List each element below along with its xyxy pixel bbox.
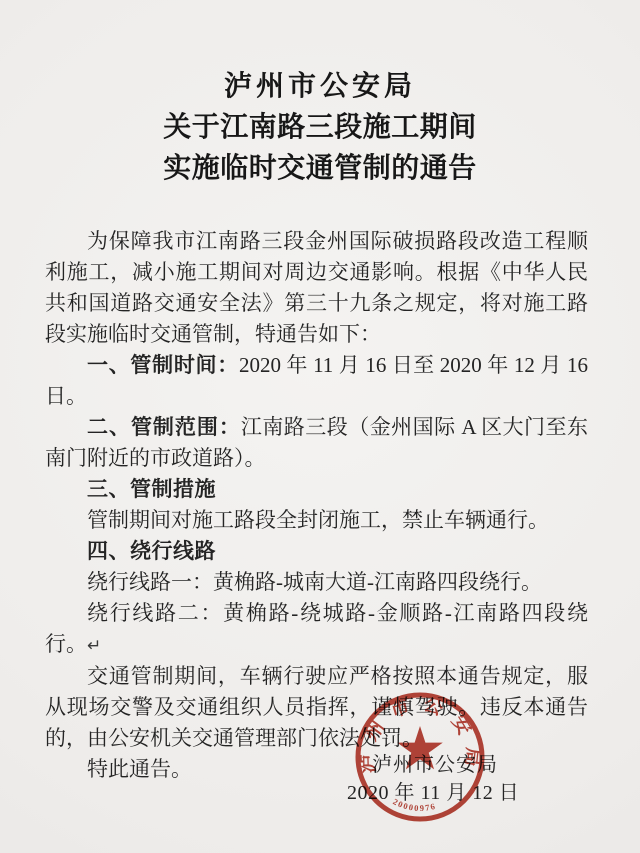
paragraph-control-time: 一、管制时间：2020 年 11 月 16 日至 2020 年 12 月 16 … bbox=[45, 350, 588, 412]
title-line-issuer: 泸州市公安局 bbox=[0, 66, 640, 107]
heading-control-measures: 三、管制措施 bbox=[45, 474, 588, 505]
heading-detour-routes: 四、绕行线路 bbox=[45, 536, 588, 567]
paragraph-return-mark: ↵ bbox=[87, 636, 101, 655]
scanned-notice-page: 泸州市公安局 关于江南路三段施工期间 实施临时交通管制的通告 为保障我市江南路三… bbox=[0, 0, 640, 853]
control-time-label: 一、管制时间： bbox=[87, 354, 239, 377]
paragraph-detour-route-1: 绕行线路一：黄桷路-城南大道-江南路四段绕行。 bbox=[45, 567, 588, 598]
paragraph-control-scope: 二、管制范围：江南路三段（金州国际 A 区大门至东南门附近的市政道路）。 bbox=[45, 412, 588, 474]
star-icon bbox=[397, 726, 443, 769]
svg-text:20000976: 20000976 bbox=[391, 796, 437, 813]
official-seal: 泸州市公安局 20000976 bbox=[335, 672, 505, 842]
title-line-type: 实施临时交通管制的通告 bbox=[0, 148, 640, 189]
title-line-subject: 关于江南路三段施工期间 bbox=[0, 107, 640, 148]
control-scope-label: 二、管制范围： bbox=[87, 416, 241, 439]
seal-serial-number: 20000976 bbox=[391, 796, 437, 813]
paragraph-detour-route-2: 绕行线路二：黄桷路-绕城路-金顺路-江南路四段绕行。↵ bbox=[45, 598, 588, 661]
paragraph-intro: 为保障我市江南路三段金州国际破损路段改造工程顺利施工，减小施工期间对周边交通影响… bbox=[45, 226, 588, 350]
notice-body: 为保障我市江南路三段金州国际破损路段改造工程顺利施工，减小施工期间对周边交通影响… bbox=[45, 226, 588, 785]
paragraph-control-measures: 管制期间对施工路段全封闭施工，禁止车辆通行。 bbox=[45, 505, 588, 536]
paragraph-closing: 交通管制期间，车辆行驶应严格按照本通告规定，服从现场交警及交通组织人员指挥，谨慎… bbox=[45, 661, 588, 754]
notice-title: 泸州市公安局 关于江南路三段施工期间 实施临时交通管制的通告 bbox=[0, 0, 640, 189]
